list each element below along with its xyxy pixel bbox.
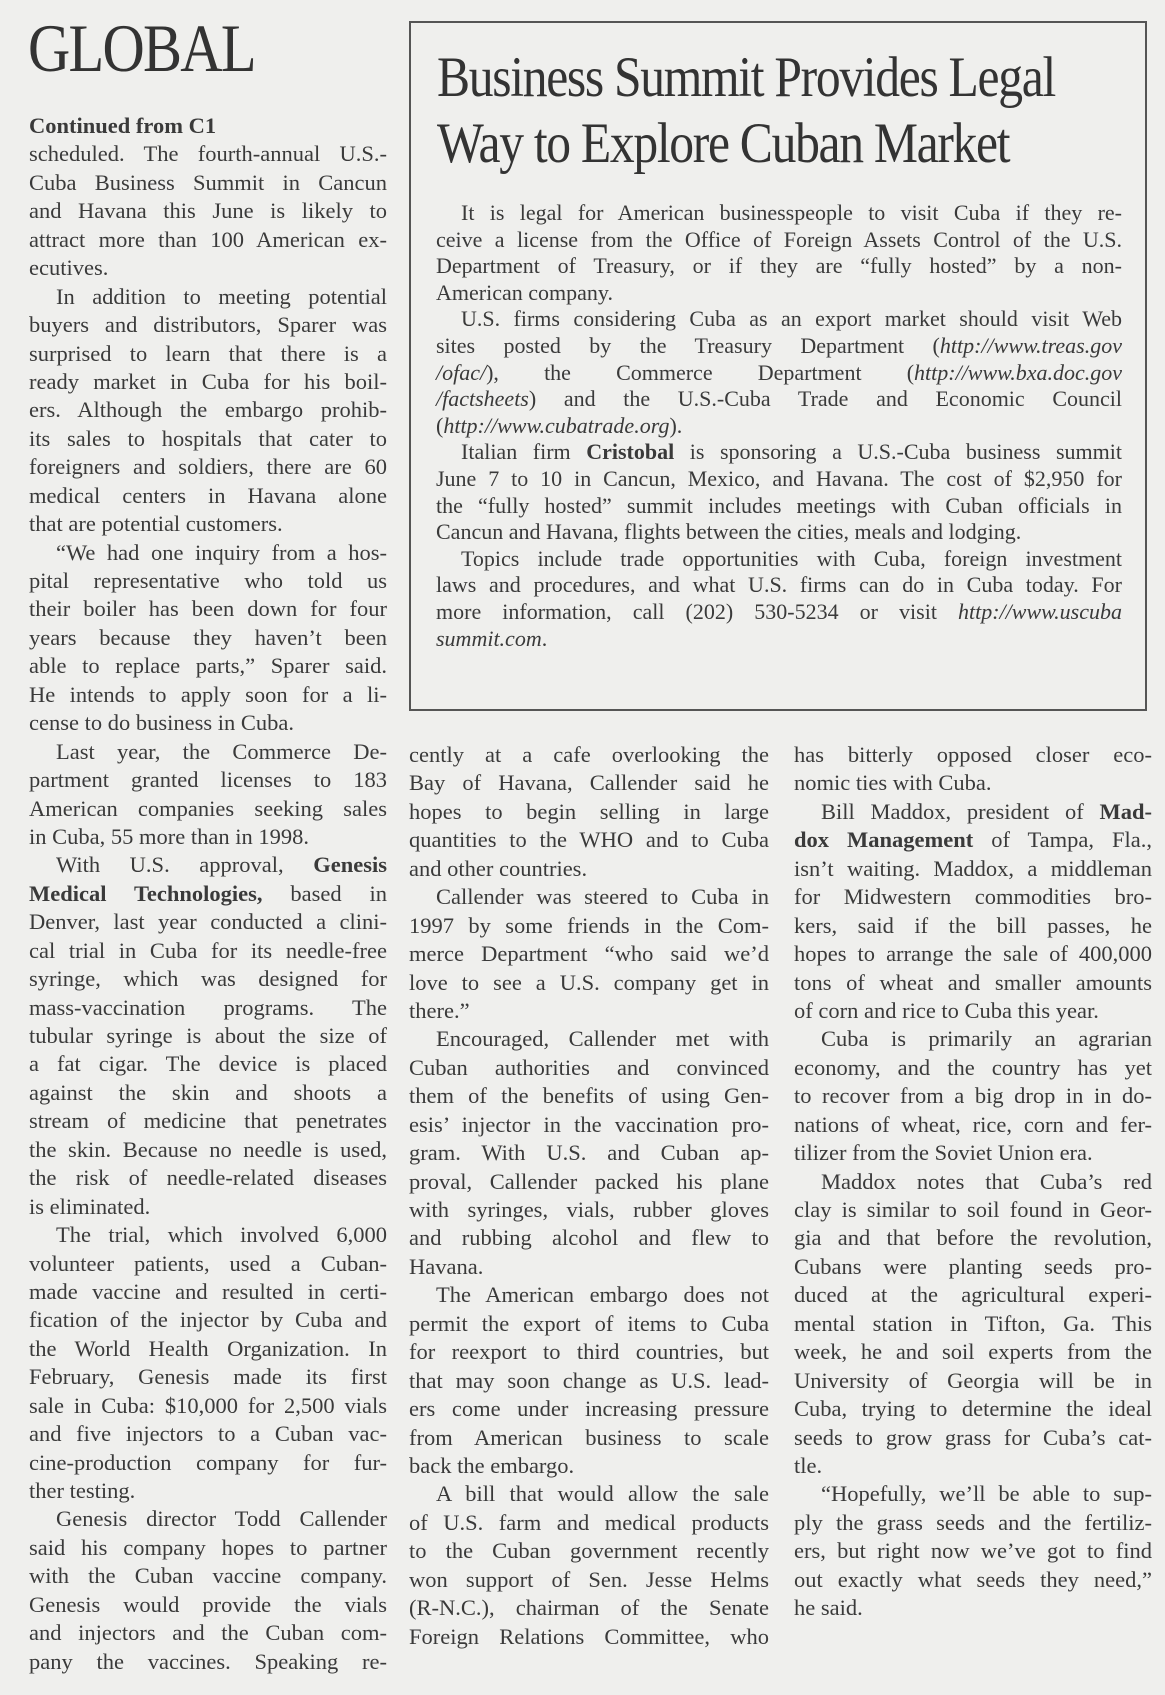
line-text: duced at the agricultural experi- — [794, 1282, 1152, 1307]
text-line: and rubbing alcohol and flew to — [409, 1224, 769, 1252]
text-line: cal trial in Cuba for its needle-free — [29, 937, 387, 965]
url-text: /ofac/ — [436, 360, 486, 385]
line-text: pital representative who told us — [29, 568, 387, 593]
line-text: that may soon change as U.S. lead- — [409, 1368, 769, 1393]
text-line: from American business to scale — [409, 1424, 769, 1452]
text-line: In addition to meeting potential — [29, 283, 387, 311]
line-text: Encouraged, Callender met with — [436, 1026, 769, 1051]
text-line: foreigners and soldiers, there are 60 — [29, 453, 387, 481]
line-text: It is legal for American businesspeople … — [461, 200, 1122, 225]
section-label: GLOBAL — [28, 12, 255, 84]
text-line: ers come under increasing pressure — [409, 1395, 769, 1423]
line-text: has bitterly opposed closer eco- — [794, 742, 1152, 767]
line-text: ers, but right now we’ve got to find — [794, 1538, 1152, 1563]
text-line: made vaccine and resulted in certi- — [29, 1278, 387, 1306]
line-text: tle. — [794, 1453, 822, 1478]
text-line: medical centers in Havana alone — [29, 482, 387, 510]
text-line: Italian firm Cristobal is sponsoring a U… — [436, 439, 1122, 466]
text-line: for Midwestern commodities bro- — [794, 883, 1152, 911]
line-text: a fat cigar. The device is placed — [29, 1051, 387, 1076]
line-text: stream of medicine that penetrates — [29, 1108, 387, 1133]
line-text: cently at a cafe overlooking the — [409, 742, 769, 767]
text-line: in Cuba, 55 more than in 1998. — [29, 823, 387, 851]
text-line: permit the export of items to Cuba — [409, 1310, 769, 1338]
text-line: Topics include trade opportunities with … — [436, 546, 1122, 573]
url-text: summit.com — [436, 626, 542, 651]
text-line: He intends to apply soon for a li- — [29, 681, 387, 709]
line-text: hopes to begin selling in large — [409, 799, 769, 824]
text-line: a fat cigar. The device is placed — [29, 1050, 387, 1078]
text-line: June 7 to 10 in Cancun, Mexico, and Hava… — [436, 466, 1122, 493]
line-text: Last year, the Commerce De- — [56, 739, 387, 764]
text-line: kers, said if the bill passes, he — [794, 912, 1152, 940]
line-text: Cuba, trying to determine the ideal — [794, 1396, 1152, 1421]
text-line: tilizer from the Soviet Union era. — [794, 1139, 1152, 1167]
line-text: and other countries. — [409, 856, 587, 881]
text-line: partment granted licenses to 183 — [29, 766, 387, 794]
line-text: the “fully hosted” summit includes meeti… — [436, 493, 1122, 518]
bold-name: dox Management — [794, 827, 973, 852]
line-text: Cancun and Havana, flights between the c… — [436, 519, 1021, 544]
sidebar-headline-line-1: Business Summit Provides Legal — [437, 45, 1055, 111]
line-text: buyers and distributors, Sparer was — [29, 312, 387, 337]
line-text: to the Cuban government recently — [409, 1538, 769, 1563]
line-text: Callender was steered to Cuba in — [436, 884, 769, 909]
line-text: Cuba is primarily an agrarian — [821, 1026, 1152, 1051]
line-text: proval, Callender packed his plane — [409, 1169, 769, 1194]
text-line: 1997 by some friends in the Com- — [409, 912, 769, 940]
text-line: Encouraged, Callender met with — [409, 1025, 769, 1053]
line-text: out exactly what seeds they need,” — [794, 1567, 1152, 1592]
text-line: The trial, which involved 6,000 — [29, 1221, 387, 1249]
line-text: June 7 to 10 in Cancun, Mexico, and Hava… — [436, 466, 1122, 491]
line-text: their boiler has been down for four — [29, 596, 387, 621]
text-line: ecutives. — [29, 254, 387, 282]
text-line: the skin. Because no needle is used, — [29, 1136, 387, 1164]
line-text: and Havana this June is likely to — [29, 198, 387, 223]
text-line: cently at a cafe overlooking the — [409, 741, 769, 769]
text-line: years because they haven’t been — [29, 624, 387, 652]
text-line: pital representative who told us — [29, 567, 387, 595]
sidebar-box: Business Summit Provides Legal Way to Ex… — [409, 21, 1147, 711]
line-text: mental station in Tifton, Ga. This — [794, 1311, 1152, 1336]
text-line: scheduled. The fourth-annual U.S.- — [29, 140, 387, 168]
text-line: syringe, which was designed for — [29, 965, 387, 993]
line-text: permit the export of items to Cuba — [409, 1311, 769, 1336]
text-line: Denver, last year conducted a clini- — [29, 908, 387, 936]
text-line: pany the vaccines. Speaking re- — [29, 1648, 387, 1676]
text-line: Genesis director Todd Callender — [29, 1505, 387, 1533]
text-line: ply the grass seeds and the fertiliz- — [794, 1509, 1152, 1537]
line-text: there.” — [409, 998, 470, 1023]
line-text: University of Georgia will be in — [794, 1368, 1152, 1393]
text-line: stream of medicine that penetrates — [29, 1107, 387, 1135]
line-text: ecutives. — [29, 255, 108, 280]
line-text: of U.S. farm and medical products — [409, 1510, 769, 1535]
text-line: volunteer patients, used a Cuban- — [29, 1250, 387, 1278]
line-text: tubular syringe is about the size of — [29, 1023, 387, 1048]
text-line: ready market in Cuba for his boil- — [29, 368, 387, 396]
line-text: from American business to scale — [409, 1425, 769, 1450]
text-line: (http://www.cubatrade.org). — [436, 413, 1122, 440]
text-line: has bitterly opposed closer eco- — [794, 741, 1152, 769]
line-text: esis’ injector in the vaccination pro- — [409, 1112, 769, 1137]
text-line: against the skin and shoots a — [29, 1079, 387, 1107]
line-text: Department of Treasury, or if they are “… — [436, 253, 1122, 278]
line-text: surprised to learn that there is a — [29, 341, 387, 366]
line-text: cense to do business in Cuba. — [29, 710, 294, 735]
text-line: he said. — [794, 1594, 1152, 1622]
line-text: Denver, last year conducted a clini- — [29, 909, 387, 934]
text-line: tons of wheat and smaller amounts — [794, 969, 1152, 997]
text-line: ers, but right now we’ve got to find — [794, 1537, 1152, 1565]
line-text: and rubbing alcohol and flew to — [409, 1225, 769, 1250]
line-text: In addition to meeting potential — [56, 284, 387, 309]
text-line: the World Health Organization. In — [29, 1335, 387, 1363]
line-text: Bill Maddox, president of — [821, 799, 1100, 824]
text-line: mass-vaccination programs. The — [29, 994, 387, 1022]
line-text: made vaccine and resulted in certi- — [29, 1279, 387, 1304]
text-line: and Havana this June is likely to — [29, 197, 387, 225]
text-line: dox Management of Tampa, Fla., — [794, 826, 1152, 854]
text-line: surprised to learn that there is a — [29, 340, 387, 368]
line-text: quantities to the WHO and to Cuba — [409, 827, 769, 852]
text-line: to recover from a big drop in in do- — [794, 1082, 1152, 1110]
line-text: based in — [263, 881, 387, 906]
line-text: The trial, which involved 6,000 — [56, 1222, 387, 1247]
line-text: medical centers in Havana alone — [29, 483, 387, 508]
line-text: to recover from a big drop in in do- — [794, 1083, 1152, 1108]
article-column-1: Continued from C1 scheduled. The fourth-… — [29, 112, 387, 1676]
text-line: buyers and distributors, Sparer was — [29, 311, 387, 339]
line-text: American company. — [436, 280, 613, 305]
text-line: American company. — [436, 280, 1122, 307]
text-line: Cuban authorities and convinced — [409, 1054, 769, 1082]
line-text: ply the grass seeds and the fertiliz- — [794, 1510, 1152, 1535]
text-line: Cuba, trying to determine the ideal — [794, 1395, 1152, 1423]
line-text: scheduled. The fourth-annual U.S.- — [29, 141, 387, 166]
text-line: Department of Treasury, or if they are “… — [436, 253, 1122, 280]
bold-name: Mad- — [1100, 799, 1153, 824]
line-text: Genesis would provide the vials — [29, 1592, 387, 1617]
text-line: with the Cuban vaccine company. — [29, 1562, 387, 1590]
text-line: The American embargo does not — [409, 1281, 769, 1309]
line-text: ), the Commerce Department ( — [486, 360, 914, 385]
text-line: merce Department “who said we’d — [409, 940, 769, 968]
line-text: the skin. Because no needle is used, — [29, 1137, 387, 1162]
text-line: economy, and the country has yet — [794, 1054, 1152, 1082]
text-line: esis’ injector in the vaccination pro- — [409, 1111, 769, 1139]
line-text: fication of the injector by Cuba and — [29, 1307, 387, 1332]
line-text: hopes to arrange the sale of 400,000 — [794, 941, 1152, 966]
line-text: Havana. — [409, 1254, 483, 1279]
line-text: ). — [669, 413, 682, 438]
text-line: duced at the agricultural experi- — [794, 1281, 1152, 1309]
text-line: their boiler has been down for four — [29, 595, 387, 623]
line-text: Cuban authorities and convinced — [409, 1055, 769, 1080]
line-text: U.S. firms considering Cuba as an export… — [461, 306, 1122, 331]
line-text: A bill that would allow the sale — [436, 1481, 769, 1506]
text-line: and five injectors to a Cuban vac- — [29, 1420, 387, 1448]
text-line: A bill that would allow the sale — [409, 1480, 769, 1508]
line-text: its sales to hospitals that cater to — [29, 426, 387, 451]
line-text: “We had one inquiry from a hos- — [56, 540, 387, 565]
text-line: tubular syringe is about the size of — [29, 1022, 387, 1050]
text-line: Havana. — [409, 1253, 769, 1281]
line-text: kers, said if the bill passes, he — [794, 913, 1152, 938]
line-text: ) and the U.S.-Cuba Trade and Economic C… — [529, 386, 1122, 411]
text-line: University of Georgia will be in — [794, 1367, 1152, 1395]
line-text: love to see a U.S. company get in — [409, 970, 769, 995]
text-line: the risk of needle-related diseases — [29, 1164, 387, 1192]
text-line: hopes to begin selling in large — [409, 798, 769, 826]
text-line: Callender was steered to Cuba in — [409, 883, 769, 911]
text-line: more information, call (202) 530-5234 or… — [436, 599, 1122, 626]
text-line: gram. With U.S. and Cuban ap- — [409, 1139, 769, 1167]
url-text: http://www.treas.gov — [940, 333, 1122, 358]
line-text: sale in Cuba: $10,000 for 2,500 vials — [29, 1393, 387, 1418]
url-text: http://www.bxa.doc.gov — [914, 360, 1122, 385]
line-text: and injectors and the Cuban com- — [29, 1620, 387, 1645]
line-text: volunteer patients, used a Cuban- — [29, 1251, 387, 1276]
text-line: summit.com. — [436, 626, 1122, 653]
line-text: that are potential customers. — [29, 511, 283, 536]
line-text: isn’t waiting. Maddox, a middleman — [794, 856, 1152, 881]
line-text: more information, call (202) 530-5234 or… — [436, 599, 958, 624]
line-text: won support of Sen. Jesse Helms — [409, 1567, 769, 1592]
line-text: economy, and the country has yet — [794, 1055, 1152, 1080]
text-line: American companies seeking sales — [29, 795, 387, 823]
text-line: sites posted by the Treasury Department … — [436, 333, 1122, 360]
text-line: laws and procedures, and what U.S. firms… — [436, 572, 1122, 599]
text-line: /factsheets) and the U.S.-Cuba Trade and… — [436, 386, 1122, 413]
line-text: February, Genesis made its first — [29, 1364, 387, 1389]
line-text: . — [542, 626, 548, 651]
bold-name: Cristobal — [586, 439, 674, 464]
text-line: February, Genesis made its first — [29, 1363, 387, 1391]
line-text: foreigners and soldiers, there are 60 — [29, 454, 387, 479]
line-text: gram. With U.S. and Cuban ap- — [409, 1140, 769, 1165]
text-line: love to see a U.S. company get in — [409, 969, 769, 997]
line-text: of Tampa, Fla., — [973, 827, 1152, 852]
column-lines: scheduled. The fourth-annual U.S.-Cuba B… — [29, 140, 387, 1676]
text-line: fication of the injector by Cuba and — [29, 1306, 387, 1334]
text-line: of corn and rice to Cuba this year. — [794, 997, 1152, 1025]
text-line: Cancun and Havana, flights between the c… — [436, 519, 1122, 546]
text-line: and injectors and the Cuban com- — [29, 1619, 387, 1647]
text-line: (R-N.C.), chairman of the Senate — [409, 1594, 769, 1622]
line-text: “Hopefully, we’ll be able to sup- — [821, 1481, 1152, 1506]
line-text: cine-production company for fur- — [29, 1450, 387, 1475]
line-text: With U.S. approval, — [56, 852, 313, 877]
text-line: of U.S. farm and medical products — [409, 1509, 769, 1537]
text-line: With U.S. approval, Genesis — [29, 851, 387, 879]
line-text: tons of wheat and smaller amounts — [794, 970, 1152, 995]
line-text: Cuba Business Summit in Cancun — [29, 170, 387, 195]
line-text: ready market in Cuba for his boil- — [29, 369, 387, 394]
text-line: out exactly what seeds they need,” — [794, 1566, 1152, 1594]
url-text: http://www.cubatrade.org — [443, 413, 669, 438]
text-line: seeds to grow grass for Cuba’s cat- — [794, 1424, 1152, 1452]
text-line: nations of wheat, rice, corn and fer- — [794, 1111, 1152, 1139]
line-text: week, he and soil experts from the — [794, 1339, 1152, 1364]
line-text: ther testing. — [29, 1478, 135, 1503]
text-line: nomic ties with Cuba. — [794, 769, 1152, 797]
line-text: ers. Although the embargo prohib- — [29, 397, 387, 422]
line-text: years because they haven’t been — [29, 625, 387, 650]
text-line: and other countries. — [409, 855, 769, 883]
line-text: gia and that before the revolution, — [794, 1225, 1152, 1250]
text-line: gia and that before the revolution, — [794, 1224, 1152, 1252]
line-text: ceive a license from the Office of Forei… — [436, 227, 1122, 252]
sidebar-body: It is legal for American businesspeople … — [436, 200, 1122, 652]
text-line: them of the benefits of using Gen- — [409, 1082, 769, 1110]
line-text: He intends to apply soon for a li- — [29, 682, 387, 707]
text-line: to the Cuban government recently — [409, 1537, 769, 1565]
text-line: It is legal for American businesspeople … — [436, 200, 1122, 227]
line-text: Maddox notes that Cuba’s red — [821, 1169, 1152, 1194]
line-text: laws and procedures, and what U.S. firms… — [436, 572, 1122, 597]
text-line: Cuba Business Summit in Cancun — [29, 169, 387, 197]
line-text: and five injectors to a Cuban vac- — [29, 1421, 387, 1446]
text-line: there.” — [409, 997, 769, 1025]
text-line: ers. Although the embargo prohib- — [29, 396, 387, 424]
sidebar-headline: Business Summit Provides Legal Way to Ex… — [437, 45, 1055, 177]
line-text: tilizer from the Soviet Union era. — [794, 1140, 1093, 1165]
line-text: Italian firm — [461, 439, 586, 464]
line-text: back the embargo. — [409, 1453, 574, 1478]
sidebar-headline-line-2: Way to Explore Cuban Market — [437, 111, 1055, 177]
line-text: partment granted licenses to 183 — [29, 767, 387, 792]
line-text: The American embargo does not — [436, 1282, 769, 1307]
text-line: U.S. firms considering Cuba as an export… — [436, 306, 1122, 333]
text-line: Foreign Relations Committee, who — [409, 1623, 769, 1651]
url-text: /factsheets — [436, 386, 529, 411]
text-line: for reexport to third countries, but — [409, 1338, 769, 1366]
text-line: back the embargo. — [409, 1452, 769, 1480]
line-text: syringe, which was designed for — [29, 966, 387, 991]
text-line: Cubans were planting seeds pro- — [794, 1253, 1152, 1281]
line-text: with the Cuban vaccine company. — [29, 1563, 387, 1588]
line-text: attract more than 100 American ex- — [29, 227, 387, 252]
line-text: for Midwestern commodities bro- — [794, 884, 1152, 909]
text-line: “Hopefully, we’ll be able to sup- — [794, 1480, 1152, 1508]
line-text: he said. — [794, 1595, 863, 1620]
line-text: the World Health Organization. In — [29, 1336, 387, 1361]
line-text: 1997 by some friends in the Com- — [409, 913, 769, 938]
line-text: Foreign Relations Committee, who — [409, 1624, 769, 1649]
line-text: American companies seeking sales — [29, 796, 387, 821]
line-text: in Cuba, 55 more than in 1998. — [29, 824, 309, 849]
continued-from-kicker: Continued from C1 — [29, 112, 387, 140]
line-text: said his company hopes to partner — [29, 1535, 387, 1560]
text-line: ther testing. — [29, 1477, 387, 1505]
text-line: isn’t waiting. Maddox, a middleman — [794, 855, 1152, 883]
line-text: Topics include trade opportunities with … — [461, 546, 1122, 571]
line-text: Cubans were planting seeds pro- — [794, 1254, 1152, 1279]
text-line: won support of Sen. Jesse Helms — [409, 1566, 769, 1594]
line-text: able to replace parts,” Sparer said. — [29, 653, 387, 678]
text-line: week, he and soil experts from the — [794, 1338, 1152, 1366]
column-lines: cently at a cafe overlooking theBay of H… — [409, 741, 769, 1651]
line-text: mass-vaccination programs. The — [29, 995, 387, 1020]
line-text: with syringes, vials, rubber gloves — [409, 1197, 769, 1222]
text-line: with syringes, vials, rubber gloves — [409, 1196, 769, 1224]
text-line: quantities to the WHO and to Cuba — [409, 826, 769, 854]
text-line: clay is similar to soil found in Geor- — [794, 1196, 1152, 1224]
text-line: Last year, the Commerce De- — [29, 738, 387, 766]
line-text: cal trial in Cuba for its needle-free — [29, 938, 387, 963]
text-line: /ofac/), the Commerce Department (http:/… — [436, 360, 1122, 387]
text-line: Medical Technologies, based in — [29, 880, 387, 908]
line-text: sites posted by the Treasury Department … — [436, 333, 940, 358]
text-line: Genesis would provide the vials — [29, 1591, 387, 1619]
text-line: is eliminated. — [29, 1193, 387, 1221]
text-line: that are potential customers. — [29, 510, 387, 538]
line-text: is eliminated. — [29, 1194, 150, 1219]
line-text: is sponsoring a U.S.-Cuba business summi… — [674, 439, 1122, 464]
line-text: against the skin and shoots a — [29, 1080, 387, 1105]
text-line: Cuba is primarily an agrarian — [794, 1025, 1152, 1053]
line-text: nomic ties with Cuba. — [794, 770, 991, 795]
line-text: of corn and rice to Cuba this year. — [794, 998, 1099, 1023]
text-line: cine-production company for fur- — [29, 1449, 387, 1477]
text-line: sale in Cuba: $10,000 for 2,500 vials — [29, 1392, 387, 1420]
line-text: (R-N.C.), chairman of the Senate — [409, 1595, 769, 1620]
line-text: merce Department “who said we’d — [409, 941, 769, 966]
line-text: clay is similar to soil found in Geor- — [794, 1197, 1152, 1222]
text-line: mental station in Tifton, Ga. This — [794, 1310, 1152, 1338]
text-line: its sales to hospitals that cater to — [29, 425, 387, 453]
text-line: cense to do business in Cuba. — [29, 709, 387, 737]
line-text: them of the benefits of using Gen- — [409, 1083, 769, 1108]
bold-name: Genesis — [313, 852, 387, 877]
line-text: the risk of needle-related diseases — [29, 1165, 387, 1190]
line-text: seeds to grow grass for Cuba’s cat- — [794, 1425, 1152, 1450]
text-line: able to replace parts,” Sparer said. — [29, 652, 387, 680]
line-text: Genesis director Todd Callender — [56, 1506, 387, 1531]
line-text: Bay of Havana, Callender said he — [409, 770, 769, 795]
text-line: Bay of Havana, Callender said he — [409, 769, 769, 797]
text-line: tle. — [794, 1452, 1152, 1480]
url-text: http://www.uscuba — [958, 599, 1122, 624]
line-text: for reexport to third countries, but — [409, 1339, 769, 1364]
article-column-3: has bitterly opposed closer eco-nomic ti… — [794, 741, 1152, 1623]
text-line: Maddox notes that Cuba’s red — [794, 1168, 1152, 1196]
text-line: attract more than 100 American ex- — [29, 226, 387, 254]
text-line: hopes to arrange the sale of 400,000 — [794, 940, 1152, 968]
bold-name: Medical Technologies, — [29, 881, 263, 906]
text-line: ceive a license from the Office of Forei… — [436, 227, 1122, 254]
text-line: “We had one inquiry from a hos- — [29, 539, 387, 567]
column-lines: has bitterly opposed closer eco-nomic ti… — [794, 741, 1152, 1623]
text-line: the “fully hosted” summit includes meeti… — [436, 493, 1122, 520]
line-text: ers come under increasing pressure — [409, 1396, 769, 1421]
text-line: that may soon change as U.S. lead- — [409, 1367, 769, 1395]
text-line: Bill Maddox, president of Mad- — [794, 798, 1152, 826]
line-text: pany the vaccines. Speaking re- — [29, 1649, 387, 1674]
text-line: said his company hopes to partner — [29, 1534, 387, 1562]
text-line: proval, Callender packed his plane — [409, 1168, 769, 1196]
article-column-2: cently at a cafe overlooking theBay of H… — [409, 741, 769, 1651]
line-text: nations of wheat, rice, corn and fer- — [794, 1112, 1152, 1137]
